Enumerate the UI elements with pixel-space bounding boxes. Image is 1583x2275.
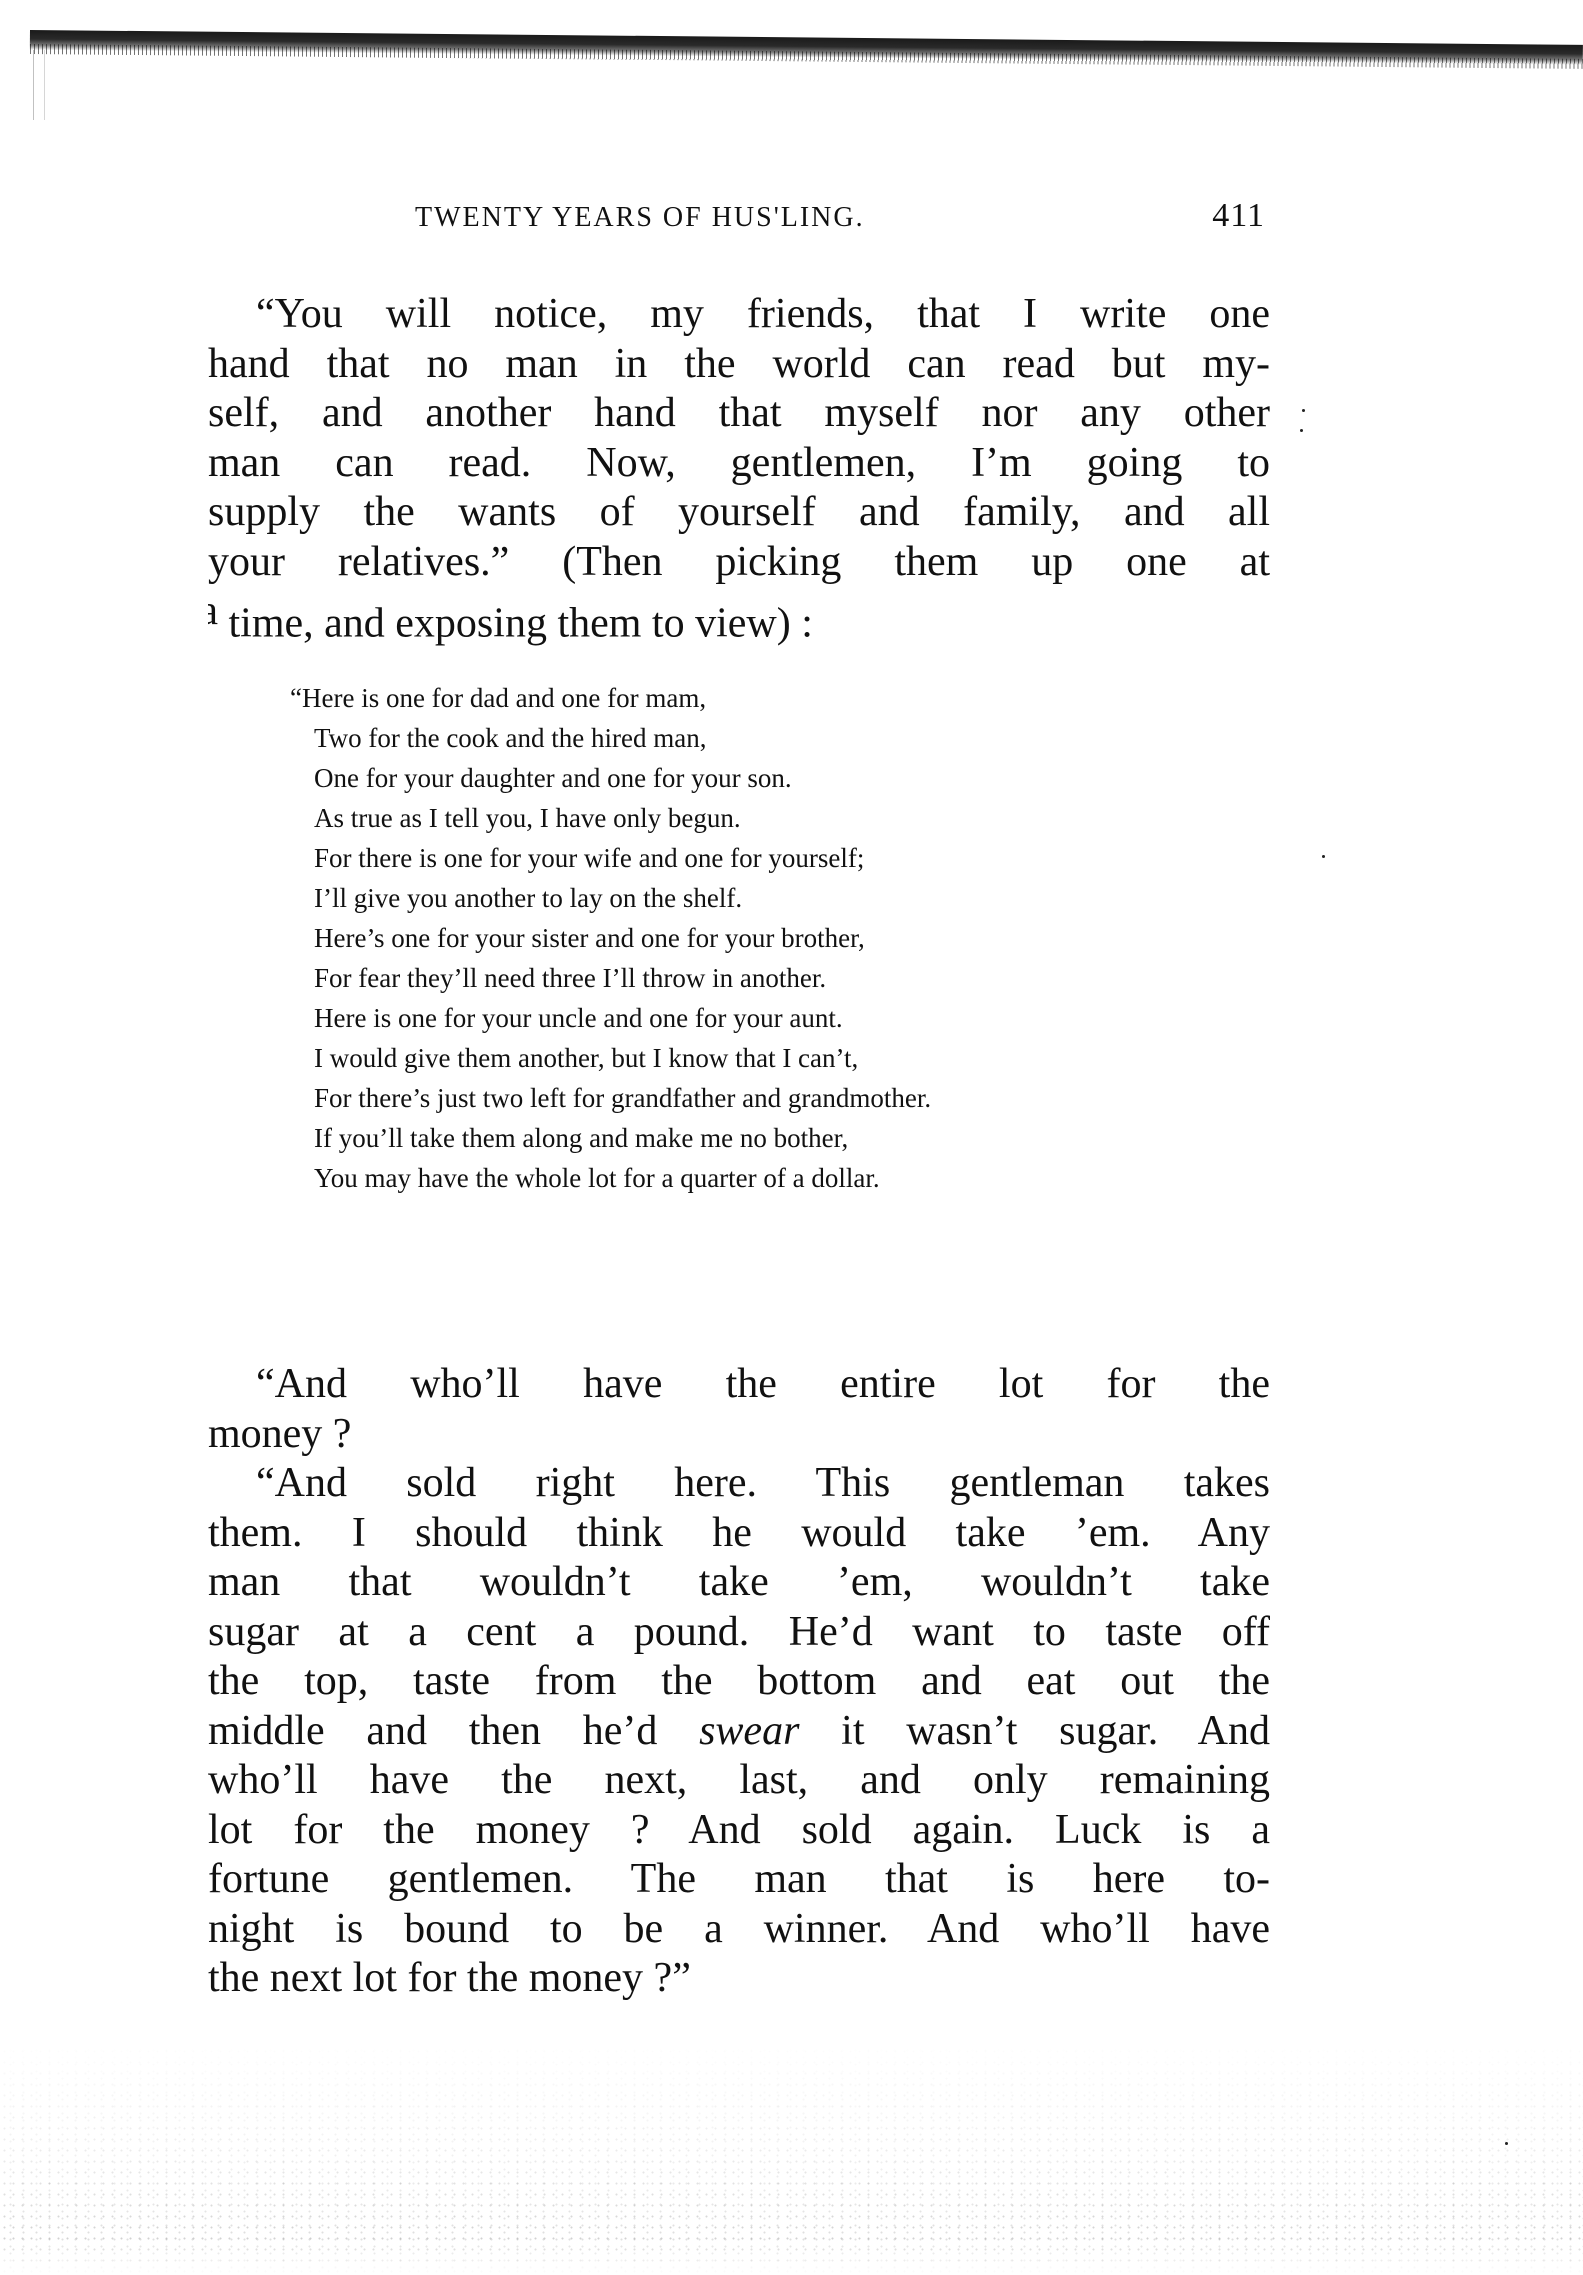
text-line: fortune gentlemen. The man that is here … (208, 1855, 1270, 1905)
text-line: lot for the money ? And sold again. Luck… (208, 1806, 1270, 1856)
scan-gutter-marks (33, 50, 45, 120)
text-segment: middle and then he’d (208, 1708, 657, 1754)
book-page: TWENTY YEARS OF HUS'LING. 411 “You will … (0, 0, 1583, 2275)
verse-line: Two for the cook and the hired man, (290, 718, 1250, 758)
text-line: money ? (208, 1410, 1270, 1460)
text-segment: it wasn’t sugar. And (841, 1708, 1270, 1754)
paragraph-intro: “You will notice, my friends, that I wri… (208, 290, 1270, 637)
scan-edge-shadow (30, 30, 1583, 65)
text-line: “You will notice, my friends, that I wri… (208, 290, 1270, 340)
text-line: them. I should think he would take ’em. … (208, 1509, 1270, 1559)
text-line: “And sold right here. This gentleman tak… (208, 1459, 1270, 1509)
text-line: sugar at a cent a pound. He’d want to ta… (208, 1608, 1270, 1658)
text-line: night is bound to be a winner. And who’l… (208, 1905, 1270, 1955)
verse-line: As true as I tell you, I have only begun… (290, 798, 1250, 838)
text-line: the top, taste from the bottom and eat o… (208, 1657, 1270, 1707)
verse-line: For there is one for your wife and one f… (290, 838, 1250, 878)
text-line: “And who’ll have the entire lot for the (208, 1360, 1270, 1410)
scan-speck (1300, 429, 1303, 432)
text-line: self, and another hand that myself nor a… (208, 389, 1270, 439)
text-line: man can read. Now, gentlemen, I’m going … (208, 439, 1270, 489)
clipped-character: a (208, 587, 218, 637)
scan-speck (1322, 855, 1325, 858)
page-number: 411 (1212, 197, 1265, 235)
verse-line: For there’s just two left for grandfathe… (290, 1078, 1250, 1118)
scan-noise-bottom (0, 2035, 1583, 2275)
verse-line: If you’ll take them along and make me no… (290, 1118, 1250, 1158)
text-line: hand that no man in the world can read b… (208, 340, 1270, 390)
scan-speck (1302, 409, 1305, 412)
text-line: who’ll have the next, last, and only rem… (208, 1756, 1270, 1806)
italic-emphasis: swear (699, 1708, 799, 1754)
verse-block: “Here is one for dad and one for mam, Tw… (290, 678, 1250, 1198)
text-line: your relatives.” (Then picking them up o… (208, 538, 1270, 588)
verse-line: “Here is one for dad and one for mam, (290, 678, 1250, 718)
text-line: a time, and exposing them to view) : (208, 587, 1270, 637)
text-line-content: time, and exposing them to view) : (229, 601, 813, 647)
verse-line: For fear they’ll need three I’ll throw i… (290, 958, 1250, 998)
text-line: supply the wants of yourself and family,… (208, 488, 1270, 538)
verse-line: You may have the whole lot for a quarter… (290, 1158, 1250, 1198)
verse-line: I would give them another, but I know th… (290, 1038, 1250, 1078)
paragraph-auction: “And who’ll have the entire lot for the … (208, 1360, 1270, 2004)
verse-line: I’ll give you another to lay on the shel… (290, 878, 1250, 918)
text-line: the next lot for the money ?” (208, 1954, 1270, 2004)
running-header: TWENTY YEARS OF HUS'LING. 411 (415, 197, 1275, 237)
verse-line: Here’s one for your sister and one for y… (290, 918, 1250, 958)
text-line: man that wouldn’t take ’em, wouldn’t tak… (208, 1558, 1270, 1608)
text-line: middle and then he’d swear it wasn’t sug… (208, 1707, 1270, 1757)
verse-line: Here is one for your uncle and one for y… (290, 998, 1250, 1038)
verse-line: One for your daughter and one for your s… (290, 758, 1250, 798)
running-title: TWENTY YEARS OF HUS'LING. (415, 202, 865, 234)
